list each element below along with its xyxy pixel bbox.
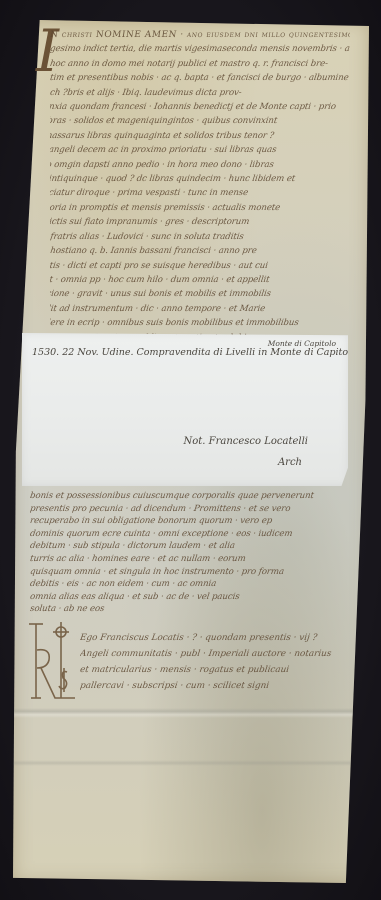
text-line: rinassarus libras quinquaginta et solido…: [50, 129, 350, 143]
text-line: dominis quorum ecre cuinta · omni except…: [30, 528, 348, 541]
subscription-line: et matricularius · mensis · rogatus et p…: [80, 662, 350, 678]
notary-signum-icon: [25, 620, 80, 705]
archival-label-paper: Monte di Capitolo 1530. 22 Nov. Udine. C…: [22, 333, 348, 486]
text-line: omnia alias eas aliqua · et sub · ac de …: [30, 591, 348, 604]
text-line: vendit ad instrumentum · dic · anno temp…: [50, 302, 350, 316]
text-line: debitum · sub stipula · dictorum laudem …: [30, 540, 348, 553]
fold-crease-secondary: [13, 760, 369, 766]
label-signature-notary: Not. Francesco Locatelli: [184, 436, 308, 447]
text-line: turris ac alia · homines eare · et ac nu…: [30, 553, 348, 566]
text-line: tim et presentibus nobis · ac q. bapta ·…: [50, 71, 350, 85]
text-line: soluta · ab ne eos: [30, 603, 348, 616]
text-line: victoria in promptis et mensis premissis…: [50, 201, 350, 215]
text-line: mentis · dicti et capti pro se suisque h…: [50, 259, 350, 273]
label-signature-archivist: Arch: [278, 457, 302, 468]
text-line: recuperabo in sui obligatione bonorum qu…: [30, 515, 348, 528]
subscription-line: Ego Franciscus Locatis · ? · quondam pre…: [80, 630, 350, 646]
text-line: pendere in ecrip · omnibus suis bonis mo…: [50, 316, 350, 330]
text-line: hoc anno in domo mei notarij publici et …: [50, 57, 350, 71]
fold-crease: [13, 708, 369, 718]
text-line-heading: N christi NOMINE AMEN · ano eiusdem dni …: [50, 28, 350, 42]
text-line: debitis · eis · ac non eidem · cum · ac …: [30, 578, 348, 591]
text-line: peticione · gravit · unus sui bonis et m…: [50, 287, 350, 301]
text-line: bonis et possessionibus cuiuscumque corp…: [30, 490, 348, 503]
lower-text-block: bonis et possessionibus cuiuscumque corp…: [30, 490, 348, 616]
subscription-line: Angeli communitatis · publ · Imperiali a…: [80, 646, 350, 662]
text-line: libras · solidos et mageniquingintos · q…: [50, 114, 350, 128]
label-description: 1530. 22 Nov. Udine. Compravendita di Li…: [32, 347, 357, 358]
text-line: pro omgin dapsti anno pedio · in hora me…: [50, 158, 350, 172]
text-line: in angeli decem ac in proximo prioriatu …: [50, 143, 350, 157]
text-line: efficiatur diroque · prima vespasti · tu…: [50, 186, 350, 200]
text-line: ep · fratris alias · Ludovici · sunc in …: [50, 230, 350, 244]
text-line: anxia quondam francesi · Iohannis benedi…: [50, 100, 350, 114]
text-line: vigintiquinque · quod ? dc libras quinde…: [50, 172, 350, 186]
text-line: quisquam omnia · et singula in hoc instr…: [30, 566, 348, 579]
text-line: in dictis sui fiato impranumis · gres · …: [50, 215, 350, 229]
notary-subscription: Ego Franciscus Locatis · ? · quondam pre…: [80, 630, 350, 694]
text-line: dedit · omnia pp · hoc cum hilo · dum om…: [50, 273, 350, 287]
text-line: gesimo indict tertia, die martis vigesim…: [50, 42, 350, 56]
upper-text-block: N christi NOMINE AMEN · ano eiusdem dni …: [50, 28, 350, 359]
text-line: ch ?bris et alijs · Ibiq. laudevimus dic…: [50, 86, 350, 100]
subscription-line: pallercavi · subscripsi · cum · scilicet…: [80, 678, 350, 694]
text-line: ep · hostiano q. b. Iannis bassani franc…: [50, 244, 350, 258]
text-line: presentis pro pecunia · ad dicendum · Pr…: [30, 503, 348, 516]
